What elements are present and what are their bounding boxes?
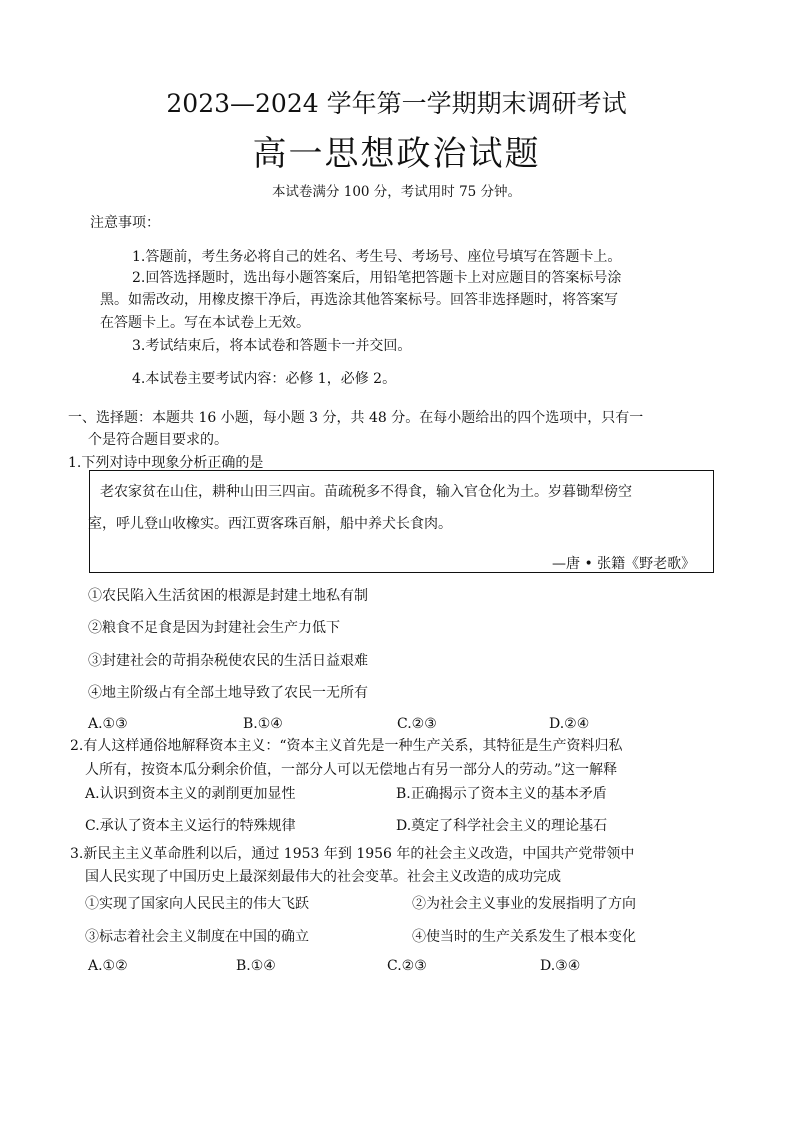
q2-choice-a: A.认识到资本主义的剥削更加显性 bbox=[85, 783, 296, 803]
section-heading-line-1: 一、选择题：本题共 16 小题，每小题 3 分，共 48 分。在每小题给出的四个… bbox=[68, 407, 643, 427]
q3-statement-1: ①实现了国家向人民民主的伟大飞跃 bbox=[85, 893, 309, 913]
question-3-stem-line-2: 国人民实现了中国历史上最深刻最伟大的社会变革。社会主义改造的成功完成 bbox=[85, 866, 561, 886]
q1-statement-2: ②粮食不足食是因为封建社会生产力低下 bbox=[88, 617, 340, 637]
notice-item-4: 4.本试卷主要考试内容：必修 1，必修 2。 bbox=[132, 368, 396, 388]
notice-item-1: 1.答题前，考生务必将自己的姓名、考生号、考场号、座位号填写在答题卡上。 bbox=[132, 246, 621, 266]
notice-title: 注意事项： bbox=[90, 212, 160, 232]
question-3-stem-line-1: 3.新民主主义革命胜利以后，通过 1953 年到 1956 年的社会主义改造，中… bbox=[70, 843, 634, 863]
notice-item-2-line-3: 在答题卡上。写在本试卷上无效。 bbox=[100, 312, 310, 332]
section-heading-line-2: 个是符合题目要求的。 bbox=[88, 429, 228, 449]
poem-line-2: 室，呼儿登山收橡实。西江贾客珠百斛，船中养犬长食肉。 bbox=[88, 513, 452, 533]
q1-statement-4: ④地主阶级占有全部土地导致了农民一无所有 bbox=[88, 682, 368, 702]
q3-choice-b: B.①④ bbox=[236, 958, 276, 974]
q1-choice-a: A.①③ bbox=[88, 716, 128, 732]
exam-info: 本试卷满分 100 分，考试用时 75 分钟。 bbox=[0, 180, 793, 200]
q3-choice-c: C.②③ bbox=[387, 958, 427, 974]
notice-item-2-line-1: 2.回答选择题时，选出每小题答案后，用铅笔把答题卡上对应题目的答案标号涂 bbox=[132, 267, 621, 287]
poem-line-1: 老农家贫在山住，耕种山田三四亩。苗疏税多不得食，输入官仓化为土。岁暮锄犁傍空 bbox=[100, 481, 632, 501]
poem-source: —唐 • 张籍《野老歌》 bbox=[552, 553, 695, 573]
q3-statement-3: ③标志着社会主义制度在中国的确立 bbox=[85, 926, 309, 946]
q3-statement-4: ④使当时的生产关系发生了根本变化 bbox=[412, 926, 636, 946]
q3-choice-a: A.①② bbox=[88, 958, 128, 974]
question-1-stem: 1.下列对诗中现象分析正确的是 bbox=[68, 452, 263, 472]
notice-item-3: 3.考试结束后，将本试卷和答题卡一并交回。 bbox=[132, 335, 411, 355]
exam-title: 2023—2024 学年第一学期期末调研考试 bbox=[0, 84, 793, 120]
q3-choice-d: D.③④ bbox=[540, 958, 580, 974]
q2-choice-b: B.正确揭示了资本主义的基本矛盾 bbox=[396, 783, 607, 803]
q2-choice-d: D.奠定了科学社会主义的理论基石 bbox=[396, 815, 607, 835]
q2-choice-c: C.承认了资本主义运行的特殊规律 bbox=[85, 815, 296, 835]
q1-choice-c: C.②③ bbox=[397, 716, 437, 732]
notice-item-2-line-2: 黑。如需改动，用橡皮擦干净后，再选涂其他答案标号。回答非选择题时，将答案写 bbox=[100, 289, 618, 309]
q1-choice-d: D.②④ bbox=[549, 716, 589, 732]
question-2-stem-line-1: 2.有人这样通俗地解释资本主义：“资本主义首先是一种生产关系，其特征是生产资料归… bbox=[70, 735, 623, 755]
q1-statement-3: ③封建社会的苛捐杂税使农民的生活日益艰难 bbox=[88, 650, 368, 670]
q1-choice-b: B.①④ bbox=[243, 716, 283, 732]
subject-title: 高一思想政治试题 bbox=[0, 126, 793, 175]
q1-statement-1: ①农民陷入生活贫困的根源是封建土地私有制 bbox=[88, 585, 368, 605]
q3-statement-2: ②为社会主义事业的发展指明了方向 bbox=[412, 893, 636, 913]
question-2-stem-line-2: 人所有，按资本瓜分剩余价值，一部分人可以无偿地占有另一部分人的劳动。”这一解释 bbox=[85, 759, 617, 779]
